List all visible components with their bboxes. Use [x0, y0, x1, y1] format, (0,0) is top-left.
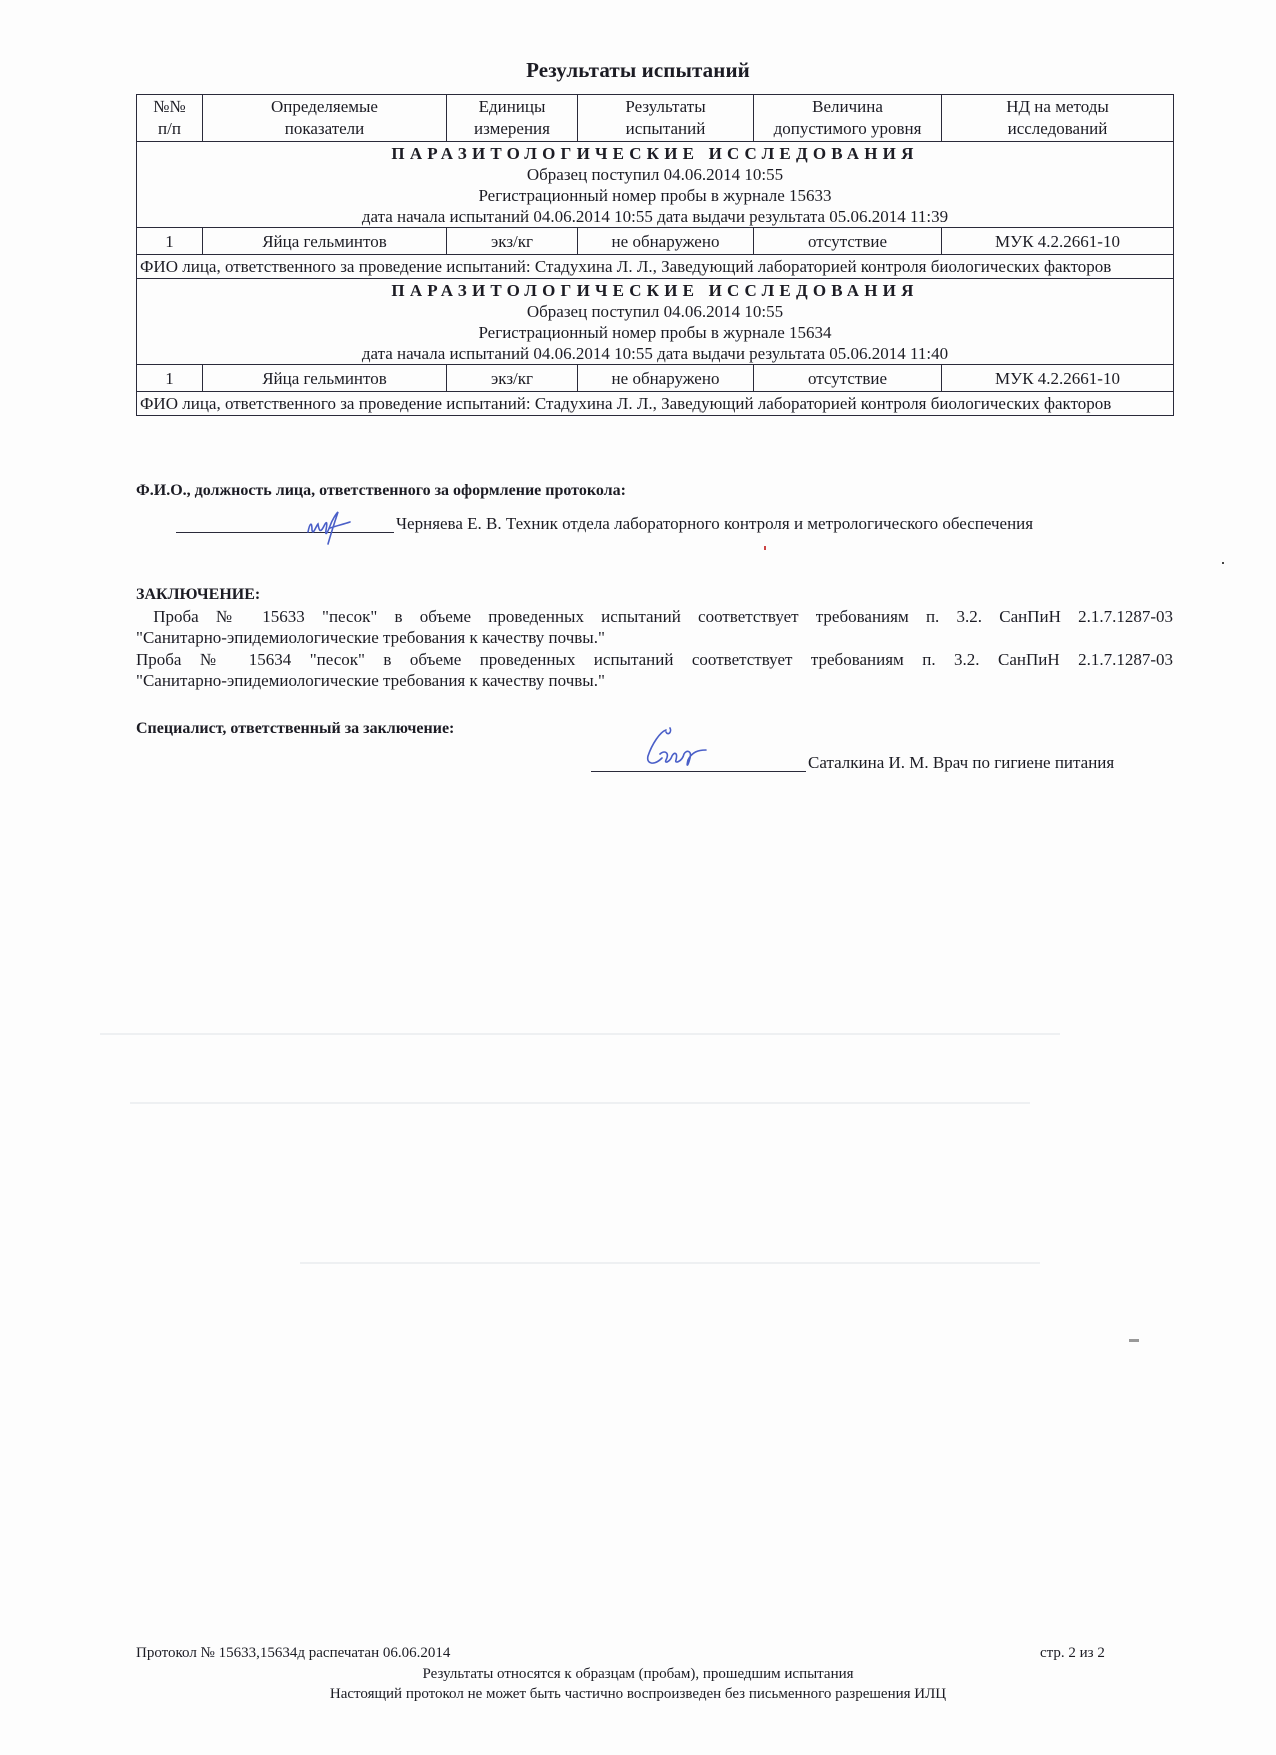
cell-result: не обнаружено: [578, 228, 754, 255]
cell-limit: отсутствие: [754, 365, 942, 392]
cell-method: МУК 4.2.2661-10: [942, 365, 1174, 392]
header-number: №№п/п: [137, 95, 203, 142]
table-row: 1 Яйца гельминтов экз/кг не обнаружено о…: [137, 365, 1174, 392]
section-header-row: ПАРАЗИТОЛОГИЧЕСКИЕ ИССЛЕДОВАНИЯ Образец …: [137, 142, 1174, 228]
test-dates: дата начала испытаний 04.06.2014 10:55 д…: [137, 206, 1173, 227]
footer-note-results: Результаты относятся к образцам (пробам)…: [0, 1666, 1276, 1683]
page-title: Результаты испытаний: [0, 58, 1276, 83]
table-row: 1 Яйца гельминтов экз/кг не обнаружено о…: [137, 228, 1174, 255]
footer-protocol-info: Протокол № 15633,15634д распечатан 06.06…: [136, 1645, 450, 1662]
ink-speck: [764, 546, 766, 550]
sample-received: Образец поступил 04.06.2014 10:55: [137, 301, 1173, 322]
cell-indicator: Яйца гельминтов: [203, 365, 447, 392]
protocol-responsible-label: Ф.И.О., должность лица, ответственного з…: [136, 482, 626, 500]
registration-number: Регистрационный номер пробы в журнале 15…: [137, 185, 1173, 206]
section-title: ПАРАЗИТОЛОГИЧЕСКИЕ ИССЛЕДОВАНИЯ: [137, 143, 1173, 164]
bleed-through-mark: [100, 1033, 1060, 1035]
responsible-person: ФИО лица, ответственного за проведение и…: [137, 255, 1174, 279]
cell-unit: экз/кг: [447, 365, 578, 392]
bleed-through-mark: [130, 1102, 1030, 1104]
section-header-row: ПАРАЗИТОЛОГИЧЕСКИЕ ИССЛЕДОВАНИЯ Образец …: [137, 279, 1174, 365]
cell-result: не обнаружено: [578, 365, 754, 392]
signature-icon: [640, 724, 720, 774]
conclusion-item-1-line1: Проба № 15633 "песок" в объеме проведенн…: [136, 606, 1173, 628]
header-limit: Величинадопустимого уровня: [754, 95, 942, 142]
sample-received: Образец поступил 04.06.2014 10:55: [137, 164, 1173, 185]
section-title: ПАРАЗИТОЛОГИЧЕСКИЕ ИССЛЕДОВАНИЯ: [137, 280, 1173, 301]
specialist-signer: Саталкина И. М. Врач по гигиене питания: [808, 753, 1114, 773]
bleed-through-mark: [300, 1262, 1040, 1264]
cell-number: 1: [137, 228, 203, 255]
cell-indicator: Яйца гельминтов: [203, 228, 447, 255]
cell-unit: экз/кг: [447, 228, 578, 255]
results-table: №№п/п Определяемыепоказатели Единицыизме…: [136, 94, 1174, 416]
responsible-person: ФИО лица, ответственного за проведение и…: [137, 392, 1174, 416]
header-unit: Единицыизмерения: [447, 95, 578, 142]
ink-speck: [1129, 1339, 1139, 1342]
section-info-cell: ПАРАЗИТОЛОГИЧЕСКИЕ ИССЛЕДОВАНИЯ Образец …: [137, 142, 1174, 228]
cell-limit: отсутствие: [754, 228, 942, 255]
ink-speck: [1222, 562, 1224, 564]
table-header-row: №№п/п Определяемыепоказатели Единицыизме…: [137, 95, 1174, 142]
footer-note-reproduction: Настоящий протокол не может быть частичн…: [0, 1686, 1276, 1703]
header-indicator: Определяемыепоказатели: [203, 95, 447, 142]
conclusion-heading: ЗАКЛЮЧЕНИЕ:: [136, 584, 1173, 606]
protocol-signer: Черняева Е. В. Техник отдела лабораторно…: [396, 514, 1033, 534]
footer-page-number: стр. 2 из 2: [1040, 1645, 1105, 1662]
cell-number: 1: [137, 365, 203, 392]
responsible-row: ФИО лица, ответственного за проведение и…: [137, 255, 1174, 279]
header-result: Результатыиспытаний: [578, 95, 754, 142]
document-page: Результаты испытаний №№п/п Определяемыеп…: [0, 0, 1276, 1755]
cell-method: МУК 4.2.2661-10: [942, 228, 1174, 255]
signature-line: [176, 532, 394, 533]
registration-number: Регистрационный номер пробы в журнале 15…: [137, 322, 1173, 343]
test-dates: дата начала испытаний 04.06.2014 10:55 д…: [137, 343, 1173, 364]
conclusion-section: ЗАКЛЮЧЕНИЕ: Проба № 15633 "песок" в объе…: [136, 584, 1173, 692]
signature-icon: [300, 500, 360, 550]
conclusion-item-2-line1: Проба № 15634 "песок" в объеме проведенн…: [136, 649, 1173, 671]
section-info-cell: ПАРАЗИТОЛОГИЧЕСКИЕ ИССЛЕДОВАНИЯ Образец …: [137, 279, 1174, 365]
conclusion-item-1-line2: "Санитарно-эпидемиологические требования…: [136, 627, 1173, 649]
responsible-row: ФИО лица, ответственного за проведение и…: [137, 392, 1174, 416]
conclusion-item-2-line2: "Санитарно-эпидемиологические требования…: [136, 670, 1173, 692]
header-method: НД на методыисследований: [942, 95, 1174, 142]
specialist-label: Специалист, ответственный за заключение:: [136, 720, 454, 738]
